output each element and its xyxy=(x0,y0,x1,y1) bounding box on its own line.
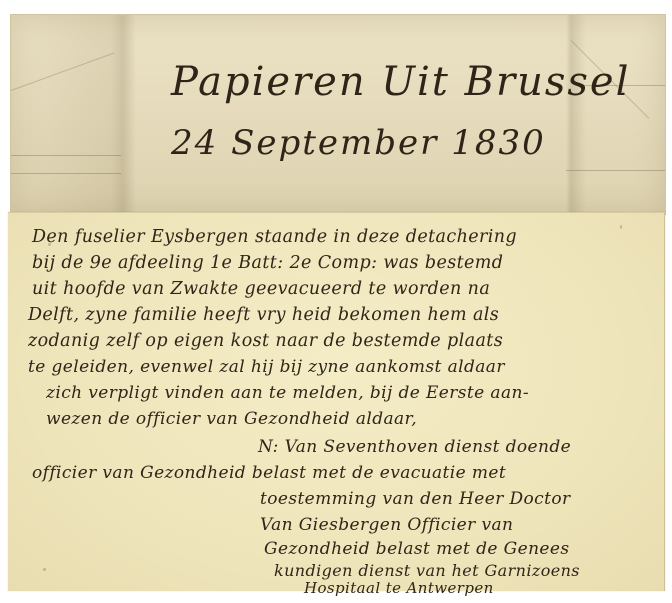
letter-line: zodanig zelf op eigen kost naar de beste… xyxy=(28,331,503,351)
letter-line: N: Van Seventhoven dienst doende xyxy=(258,437,571,457)
cover-title: Papieren Uit Brussel xyxy=(171,59,630,105)
fold-line xyxy=(11,155,121,156)
fold-line xyxy=(566,170,665,171)
letter-line: officier van Gezondheid belast met de ev… xyxy=(32,463,506,483)
fold-line xyxy=(11,173,121,174)
letter-line: toestemming van den Heer Doctor xyxy=(260,489,571,509)
letter-line: Gezondheid belast met de Genees xyxy=(264,539,569,559)
letter-line: Den fuselier Eysbergen staande in deze d… xyxy=(32,227,517,247)
letter-line: kundigen dienst van het Garnizoens xyxy=(274,561,580,580)
letter-line: uit hoofde van Zwakte geevacueerd te wor… xyxy=(32,279,490,299)
letter-line: Van Giesbergen Officier van xyxy=(260,515,513,535)
letter-line: zich verpligt vinden aan te melden, bij … xyxy=(46,383,529,403)
letter-line: Delft, zyne familie heeft vry heid bekom… xyxy=(28,305,499,325)
letter-sheet: Den fuselier Eysbergen staande in deze d… xyxy=(8,212,665,591)
letter-line: Hospitaal te Antwerpen xyxy=(304,579,494,597)
cover-date: 24 September 1830 xyxy=(171,123,546,163)
letter-line: te geleiden, evenwel zal hij bij zyne aa… xyxy=(28,357,505,377)
letter-line: wezen de officier van Gezondheid aldaar, xyxy=(46,409,417,429)
fold-line xyxy=(11,52,115,91)
letter-line: bij de 9e afdeeling 1e Batt: 2e Comp: wa… xyxy=(32,253,503,273)
document-cover-sheet: Papieren Uit Brussel 24 September 1830 xyxy=(10,14,666,215)
